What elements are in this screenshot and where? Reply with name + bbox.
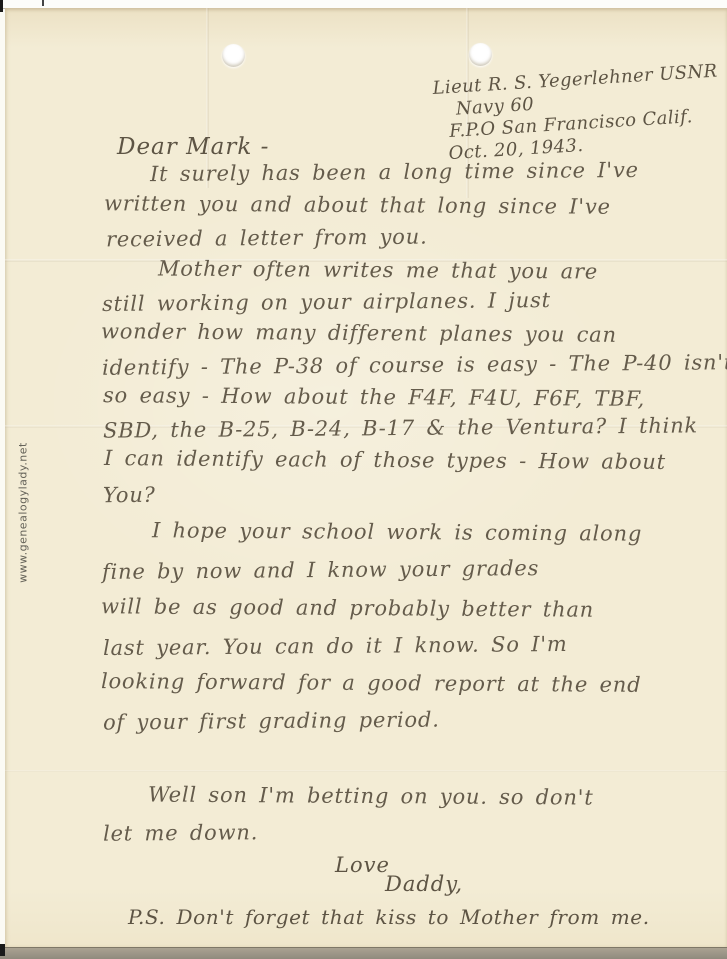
letter-line: received a letter from you. [106, 225, 428, 252]
letter-line: written you and about that long since I'… [104, 191, 611, 219]
letter-line: wonder how many different planes you can [101, 319, 617, 347]
letter-line: so easy - How about the F4F, F4U, F6F, T… [103, 383, 645, 411]
scanner-tick-bottom-left [0, 944, 5, 956]
letter-line: of your first grading period. [103, 708, 440, 735]
scanned-letter-page: www.genealogylady.net Lieut R. S. Yegerl… [0, 0, 727, 959]
letter-line: I can identify each of those types - How… [104, 446, 666, 474]
letter-line: looking forward for a good report at the… [101, 669, 642, 697]
watermark-url: www.genealogylady.net [17, 433, 30, 593]
scanner-tick-top-left [0, 0, 3, 12]
letter-line: identify - The P-38 of course is easy - … [102, 350, 727, 380]
scanner-tick-top-notch [42, 0, 44, 6]
closing-signature: Daddy, [385, 872, 463, 896]
letter-header-address: Lieut R. S. Yegerlehner USNR Navy 60 F.P… [432, 61, 722, 166]
letter-line: still working on your airplanes. I just [102, 288, 551, 316]
salutation: Dear Mark - [117, 134, 269, 160]
letter-line: will be as good and probably better than [101, 594, 594, 621]
postscript: P.S. Don't forget that kiss to Mother fr… [128, 905, 650, 929]
letter-line: SBD, the B-25, B-24, B-17 & the Ventura?… [103, 413, 698, 442]
fold-crease-horizontal-lower [5, 770, 727, 772]
letter-line: fine by now and I know your grades [102, 556, 539, 584]
letter-paper: www.genealogylady.net Lieut R. S. Yegerl… [5, 8, 727, 947]
letter-line: I hope your school work is coming along [152, 518, 642, 545]
letter-line: It surely has been a long time since I'v… [150, 158, 639, 186]
letter-line: You? [103, 483, 156, 507]
letter-line: let me down. [103, 820, 258, 845]
letter-line: Mother often writes me that you are [158, 256, 598, 283]
letter-line: last year. You can do it I know. So I'm [103, 632, 568, 660]
punch-hole-right [469, 43, 492, 66]
punch-hole-left [222, 44, 245, 67]
letter-line: Well son I'm betting on you. so don't [148, 782, 594, 809]
closing-love: Love [335, 853, 390, 877]
scanner-edge-bottom [0, 947, 727, 959]
